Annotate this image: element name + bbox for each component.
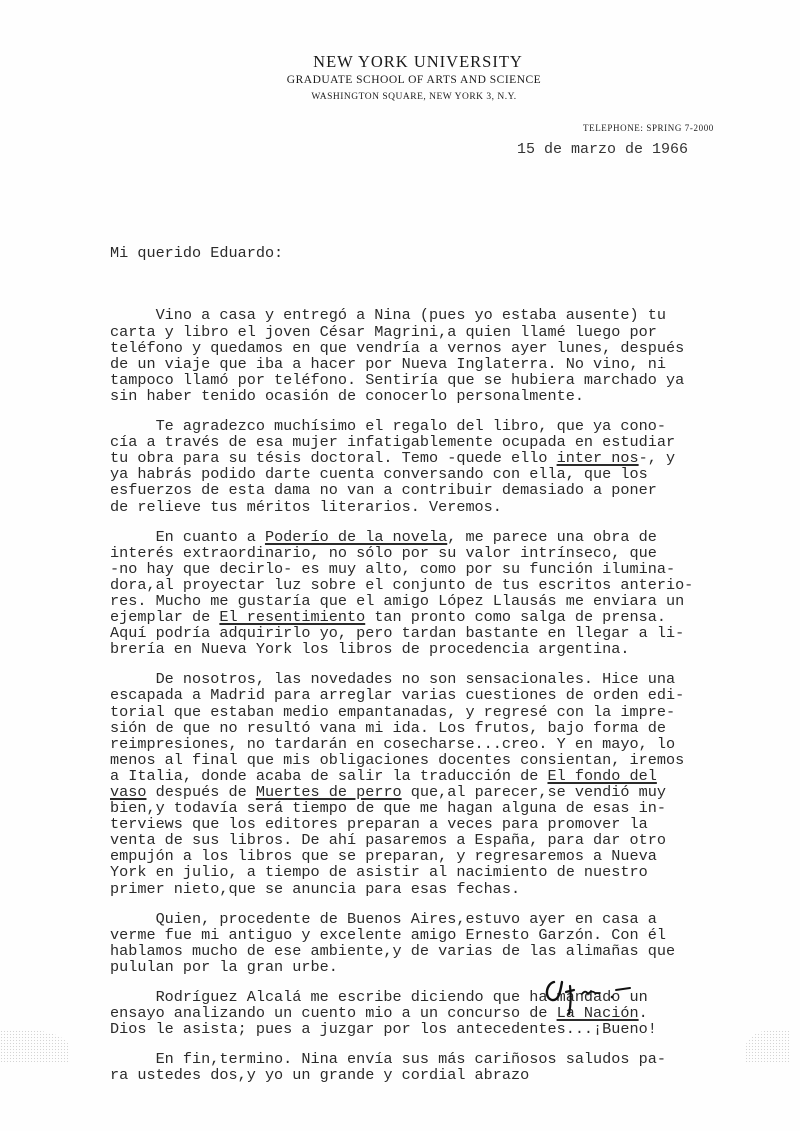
text-line: dora,al proyectar luz sobre el conjunto …	[110, 577, 800, 593]
paragraph: Quien, procedente de Buenos Aires,estuvo…	[110, 911, 800, 975]
text-line: De nosotros, las novedades no son sensac…	[110, 671, 800, 687]
paragraph: En cuanto a Poderío de la novela, me par…	[110, 529, 800, 658]
text-line: de un viaje que iba a hacer por Nueva In…	[110, 356, 800, 372]
paragraph: Vino a casa y entregó a Nina (pues yo es…	[110, 307, 800, 404]
text-line: terviews que los editores preparan a vec…	[110, 816, 800, 832]
text-line: hablamos mucho de ese ambiente,y de vari…	[110, 943, 800, 959]
text-line: cía a través de esa mujer infatigablemen…	[110, 434, 800, 450]
text-line: Quien, procedente de Buenos Aires,estuvo…	[110, 911, 800, 927]
text-line: empujón a los libros que se preparan, y …	[110, 848, 800, 864]
text-line: vaso después de Muertes de perro que,al …	[110, 784, 800, 800]
text-line: tampoco llamó por teléfono. Sentiría que…	[110, 372, 800, 388]
text-line: sin haber tenido ocasión de conocerlo pe…	[110, 388, 800, 404]
underlined-title: Poderío de la novela	[265, 528, 447, 546]
letterhead-telephone: TELEPHONE: SPRING 7-2000	[583, 123, 714, 133]
scan-artifact	[0, 1030, 70, 1062]
text-line: Dios le asista; pues a juzgar por los an…	[110, 1021, 800, 1037]
text-line: ensayo analizando un cuento mio a un con…	[110, 1005, 800, 1021]
text-line: carta y libro el joven César Magrini,a q…	[110, 324, 800, 340]
text-line: pululan por la gran urbe.	[110, 959, 800, 975]
text-line: interés extraordinario, no sólo por su v…	[110, 545, 800, 561]
text-line: ejemplar de El resentimiento tan pronto …	[110, 609, 800, 625]
paragraphs: Vino a casa y entregó a Nina (pues yo es…	[110, 307, 800, 1083]
text-line: de relieve tus méritos literarios. Verem…	[110, 499, 800, 515]
letterhead-address: WASHINGTON SQUARE, NEW YORK 3, N.Y.	[14, 92, 800, 102]
text-line: tu obra para su tésis doctoral. Temo -qu…	[110, 450, 800, 466]
text-line: Te agradezco muchísimo el regalo del lib…	[110, 418, 800, 434]
text-line: a Italia, donde acaba de salir la traduc…	[110, 768, 800, 784]
text-line: En fin,termino. Nina envía sus más cariñ…	[110, 1051, 800, 1067]
text-line: brería en Nueva York los libros de proce…	[110, 641, 800, 657]
text-line: reimpresiones, no tardarán en cosecharse…	[110, 736, 800, 752]
text-line: res. Mucho me gustaría que el amigo Lópe…	[110, 593, 800, 609]
text-line: torial que estaban medio empantanadas, y…	[110, 704, 800, 720]
paragraph: En fin,termino. Nina envía sus más cariñ…	[110, 1051, 800, 1083]
text-line: Aquí podría adquirirlo yo, pero tardan b…	[110, 625, 800, 641]
scan-artifact	[745, 1030, 790, 1062]
signature	[540, 968, 660, 1028]
paragraph: Te agradezco muchísimo el regalo del lib…	[110, 418, 800, 515]
text-line: En cuanto a Poderío de la novela, me par…	[110, 529, 800, 545]
text-line: teléfono y quedamos en que vendría a ver…	[110, 340, 800, 356]
text-line: primer nieto,que se anuncia para esas fe…	[110, 881, 800, 897]
text-line: -no hay que decirlo- es muy alto, como p…	[110, 561, 800, 577]
text-line: verme fue mi antiguo y excelente amigo E…	[110, 927, 800, 943]
text-line: York en julio, a tiempo de asistir al na…	[110, 864, 800, 880]
text-line: escapada a Madrid para arreglar varias c…	[110, 687, 800, 703]
text-line: menos al final que mis obligaciones doce…	[110, 752, 800, 768]
text-line: ya habrás podido darte cuenta conversand…	[110, 466, 800, 482]
text-line: bien,y todavía será tiempo de que me hag…	[110, 800, 800, 816]
salutation: Mi querido Eduardo:	[110, 245, 800, 261]
text-line: ra ustedes dos,y yo un grande y cordial …	[110, 1067, 800, 1083]
letterhead-school: GRADUATE SCHOOL OF ARTS AND SCIENCE	[14, 74, 800, 86]
paragraph: De nosotros, las novedades no son sensac…	[110, 671, 800, 896]
letter-date: 15 de marzo de 1966	[517, 141, 688, 158]
letterhead-institution: NEW YORK UNIVERSITY	[18, 52, 800, 72]
text-line: sión de que no resultó vana mi ida. Los …	[110, 720, 800, 736]
paragraph: Rodríguez Alcalá me escribe diciendo que…	[110, 989, 800, 1037]
text-line: Rodríguez Alcalá me escribe diciendo que…	[110, 989, 800, 1005]
text-line: venta de sus libros. De ahí pasaremos a …	[110, 832, 800, 848]
letter-page: NEW YORK UNIVERSITY GRADUATE SCHOOL OF A…	[0, 0, 800, 1131]
letter-body: Mi querido Eduardo: Vino a casa y entreg…	[110, 213, 800, 1116]
text-line: Vino a casa y entregó a Nina (pues yo es…	[110, 307, 800, 323]
text-line: esfuerzos de esta dama no van a contribu…	[110, 482, 800, 498]
